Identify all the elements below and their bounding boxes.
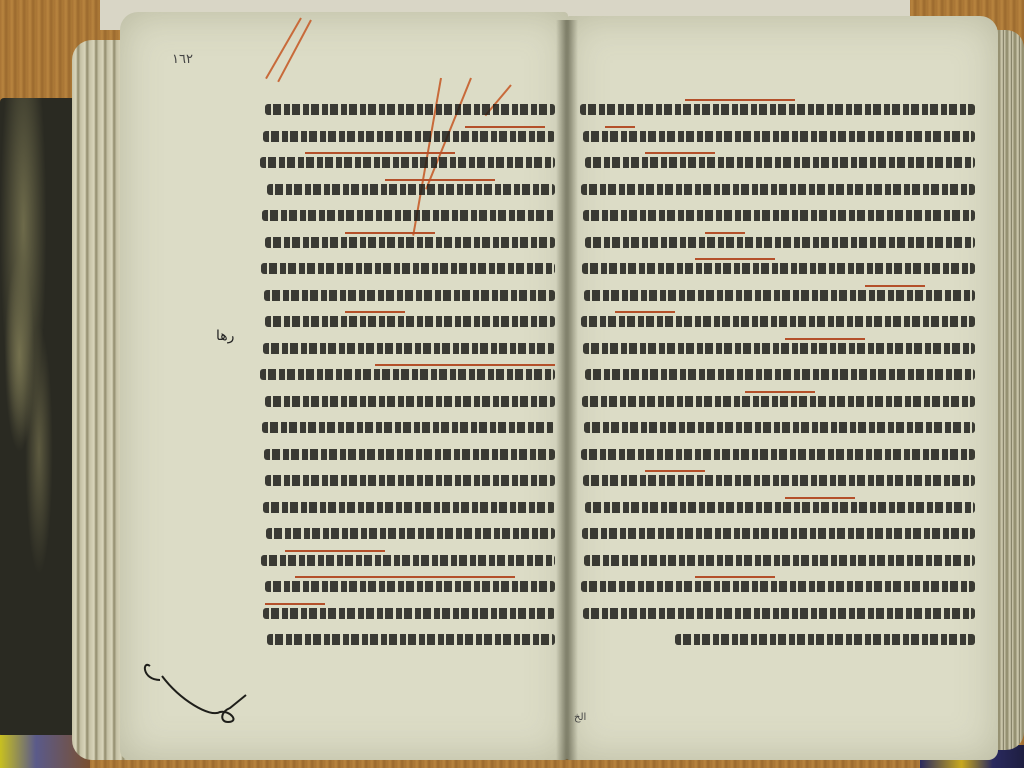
left-page-text (255, 98, 555, 655)
folio-number: ١٦٢ (172, 52, 193, 67)
margin-note: رها (216, 328, 234, 344)
book-cover-leather (0, 98, 78, 738)
catchword-flourish-icon (140, 650, 250, 730)
right-page-text (575, 98, 975, 655)
